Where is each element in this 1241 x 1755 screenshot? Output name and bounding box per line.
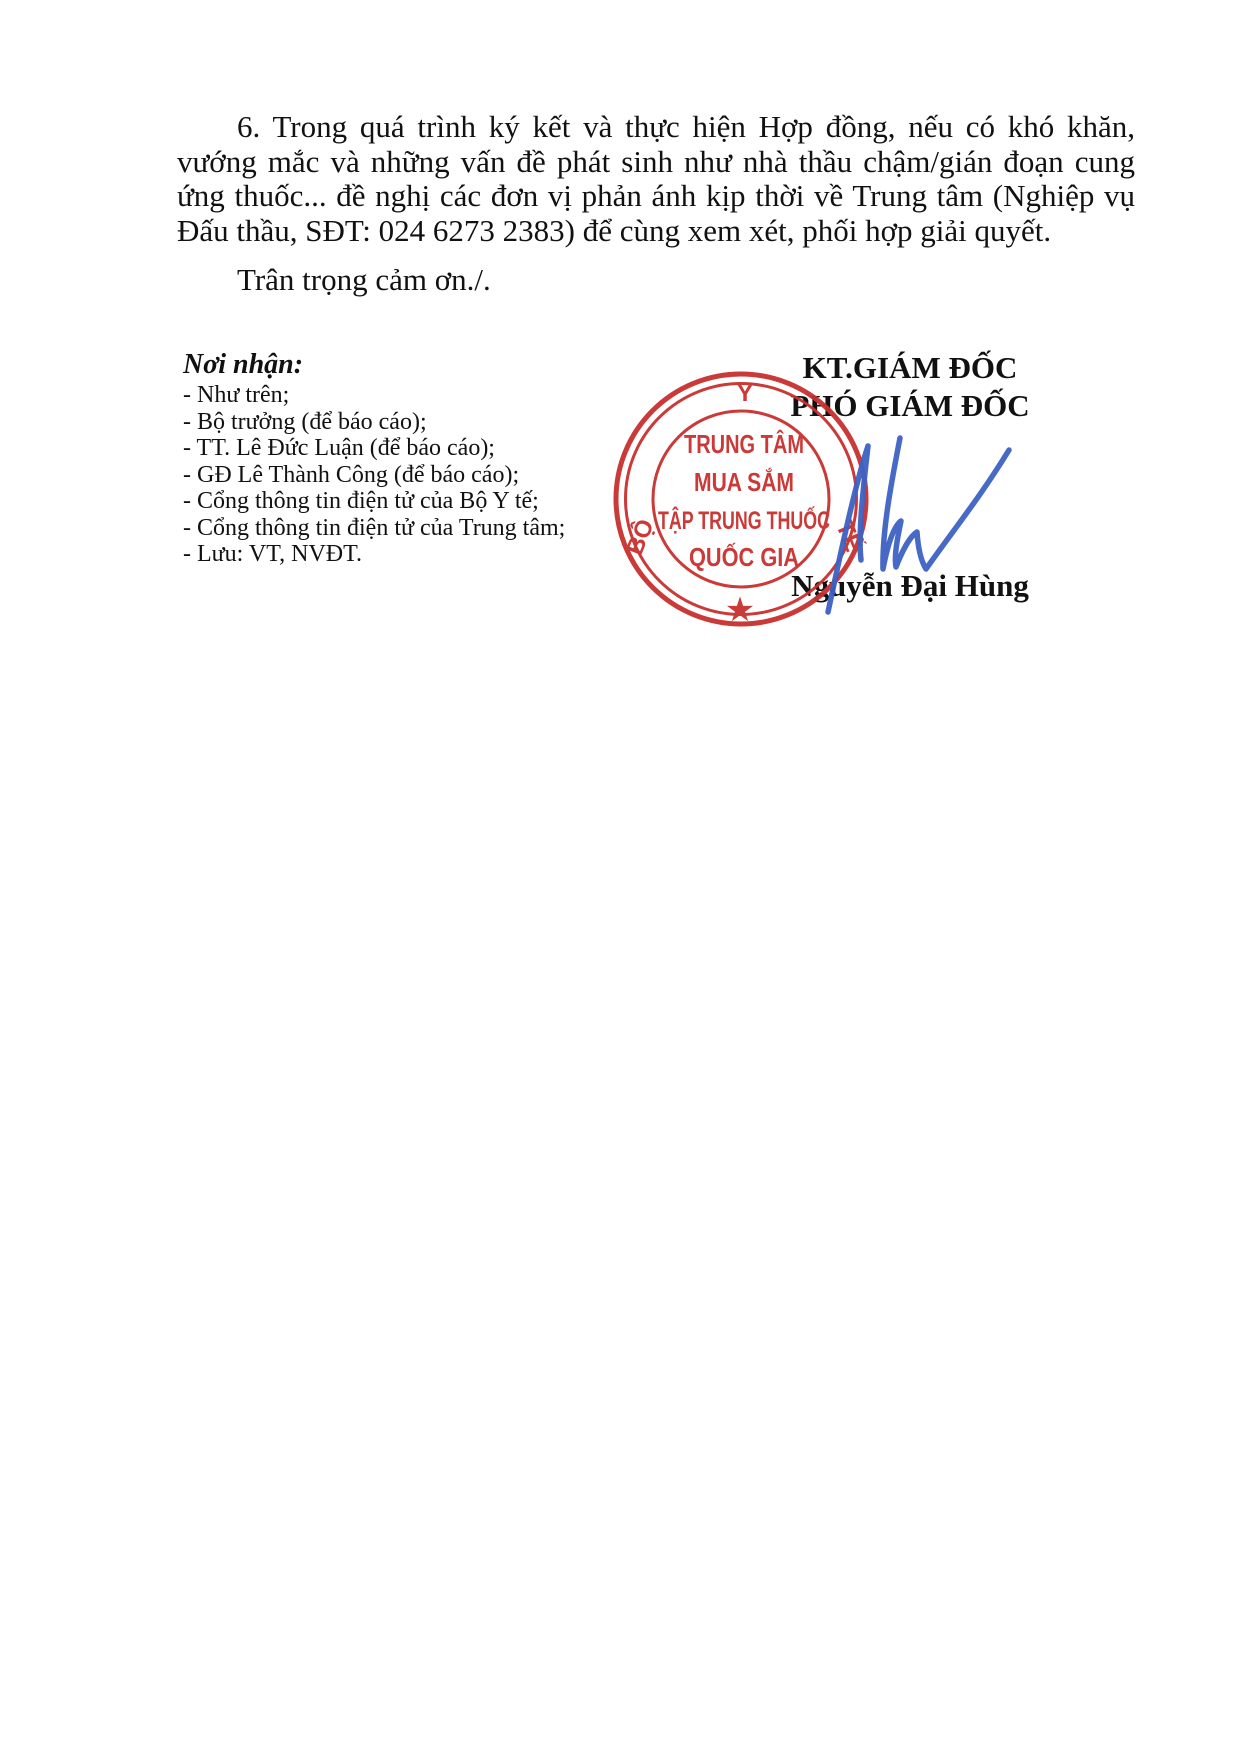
recipient-item: - Lưu: VT, NVĐT.: [183, 541, 603, 568]
signature-strokes: [780, 426, 1040, 616]
stamp-center-line: MUA SẮM: [694, 467, 794, 497]
star-icon: ★: [725, 590, 755, 630]
handwritten-signature: [780, 426, 1040, 616]
recipient-item: - Cổng thông tin điện tử của Bộ Y tế;: [183, 488, 603, 515]
recipient-item: - Như trên;: [183, 382, 603, 409]
recipients-block: Nơi nhận: - Như trên; - Bộ trưởng (để bá…: [183, 350, 603, 568]
signature-stroke: [883, 438, 1009, 569]
stamp-ring-top-text: Y: [737, 380, 753, 407]
recipient-item: - Bộ trưởng (để báo cáo);: [183, 409, 603, 436]
recipient-item: - Cổng thông tin điện tử của Trung tâm;: [183, 515, 603, 542]
closing-line: Trân trọng cảm ơn./.: [237, 263, 491, 297]
recipient-item: - TT. Lê Đức Luận (để báo cáo);: [183, 435, 603, 462]
signature-stroke: [828, 446, 868, 612]
recipients-label: Nơi nhận:: [183, 350, 603, 380]
body-paragraph: 6. Trong quá trình ký kết và thực hiện H…: [177, 110, 1135, 248]
document-page: 6. Trong quá trình ký kết và thực hiện H…: [0, 0, 1241, 1755]
recipient-item: - GĐ Lê Thành Công (để báo cáo);: [183, 462, 603, 489]
